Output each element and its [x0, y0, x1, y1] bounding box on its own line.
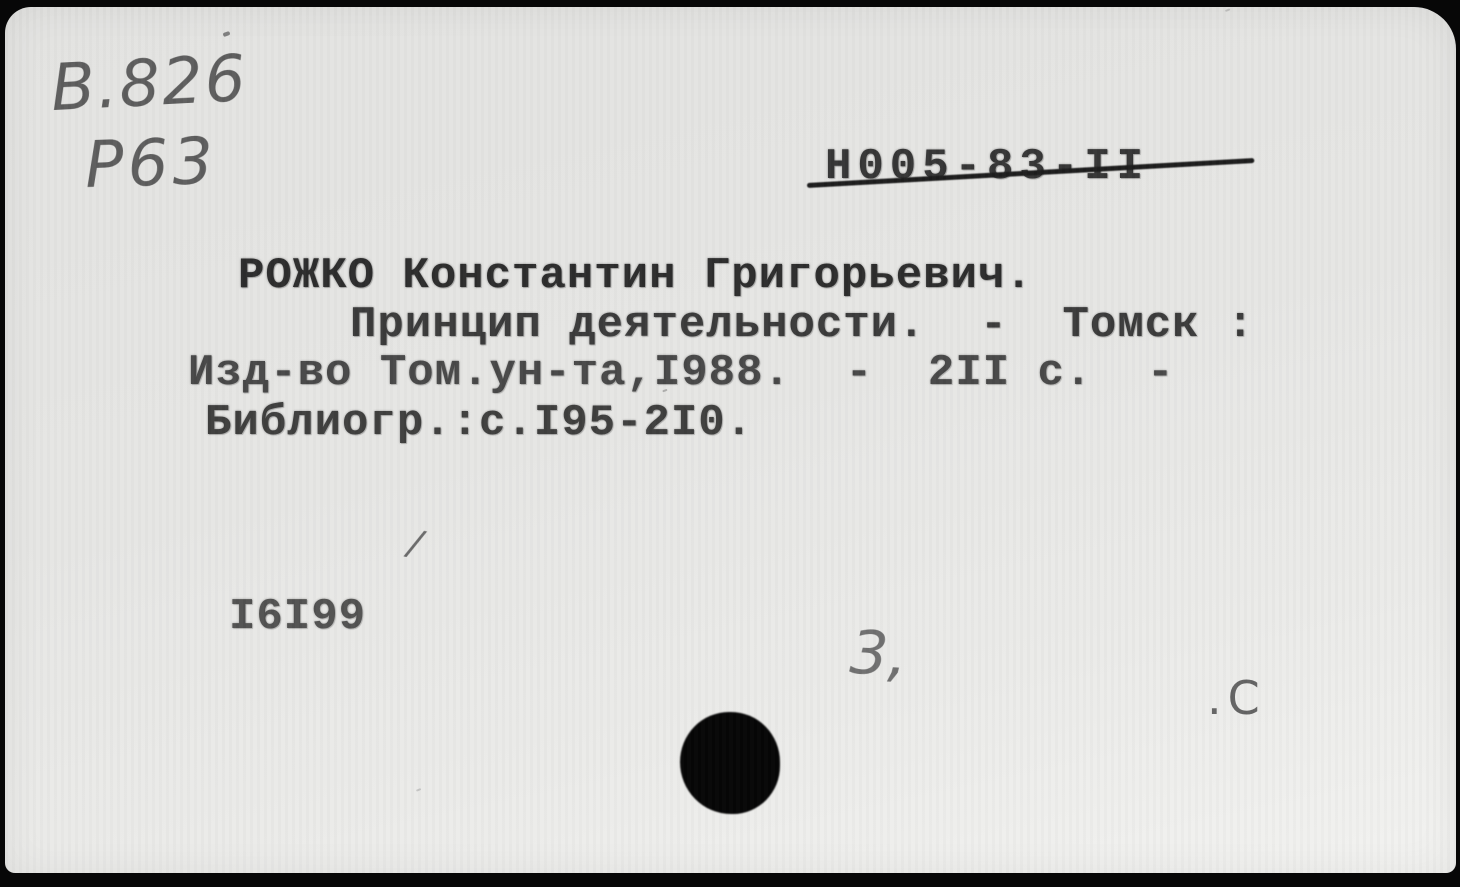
imprint-line: Изд-во Том.ун-та,I988. - 2II с. -: [188, 349, 1175, 397]
scan-specks: [223, 31, 231, 37]
hole-punch: [680, 712, 780, 814]
check-mark: /: [405, 522, 425, 565]
shelf-mark-classification: В.826: [49, 42, 249, 126]
title-line: Принцип деятельности. - Томск :: [350, 301, 1254, 349]
accession-number: I6I99: [229, 593, 366, 641]
bibliography-line: Библиогр.:с.I95-2I0.: [205, 399, 753, 447]
shelf-mark-author: Р63: [84, 125, 219, 204]
copy-number-annotation: 3,: [848, 618, 909, 691]
letter-annotation: .С: [1207, 671, 1266, 725]
catalog-card: В.826 Р63 Н005-83-II РОЖКО Константин Гр…: [5, 7, 1456, 873]
author-heading: РОЖКО Константин Григорьевич.: [238, 252, 1033, 300]
